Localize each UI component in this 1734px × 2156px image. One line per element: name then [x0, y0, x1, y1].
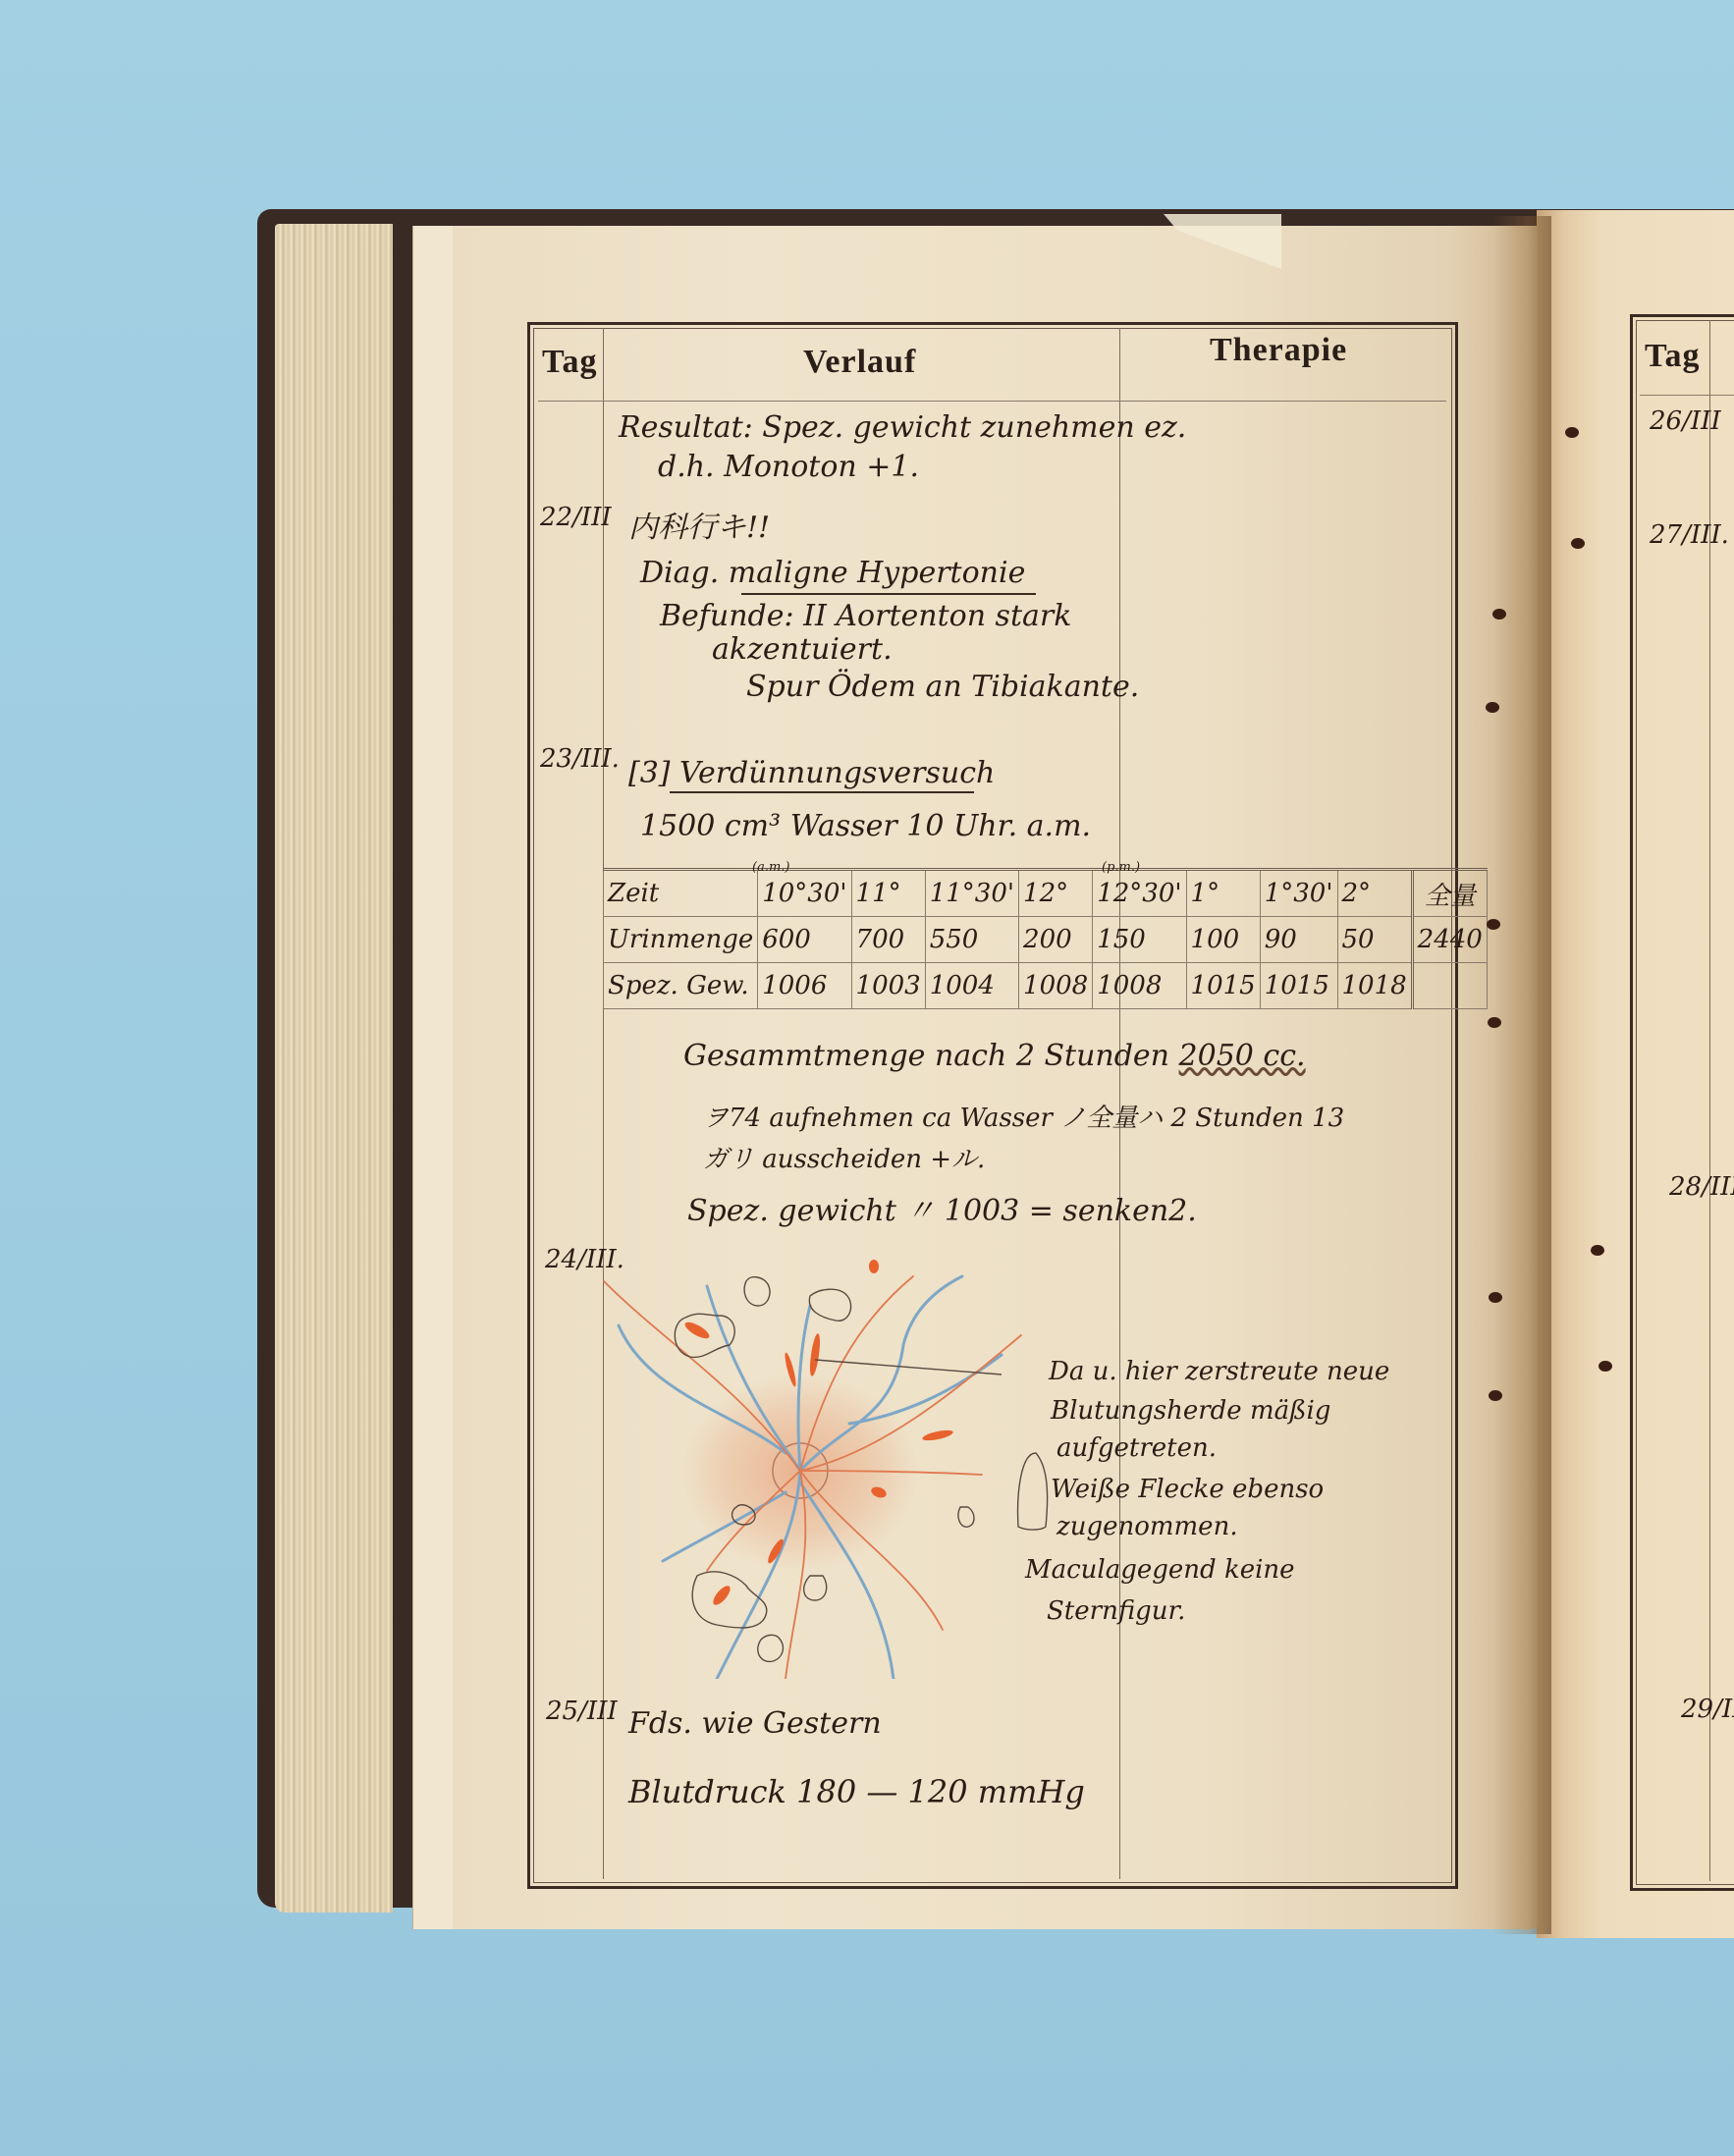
- gravity-cell: 1018: [1337, 963, 1412, 1009]
- punch-hole: [1487, 919, 1500, 930]
- entry-line: Spur Ödem an Tibiakante.: [746, 670, 1139, 704]
- punch-hole: [1591, 1245, 1604, 1256]
- punch-hole: [1599, 1361, 1612, 1372]
- blood-pressure-line: Blutdruck 180 — 120 mmHg: [628, 1773, 1085, 1810]
- am-annotation: (a.m.): [752, 860, 790, 875]
- gravity-cell: 1008: [1093, 963, 1186, 1009]
- column-header-therapie: Therapie: [1210, 332, 1347, 369]
- table-row-time: Zeit 10°30' 11° 11°30' 12° 12°30' 1° 1°3…: [604, 870, 1488, 917]
- pm-annotation: (p.m.): [1102, 860, 1140, 875]
- row-label: Zeit: [604, 870, 758, 917]
- fundus-note: Sternfigur.: [1047, 1596, 1185, 1626]
- note-line: Spez. gewicht 〃 1003 = senken2.: [687, 1186, 1197, 1229]
- row-label: Spez. Gew.: [604, 963, 758, 1009]
- entry-line: Fds. wie Gestern: [628, 1706, 882, 1741]
- gravity-cell: 1015: [1260, 963, 1337, 1009]
- right-entry-date: 28/III: [1669, 1172, 1734, 1202]
- punch-hole: [1489, 1390, 1502, 1401]
- time-cell: 11°30': [925, 870, 1018, 917]
- dilution-test-table: Zeit 10°30' 11° 11°30' 12° 12°30' 1° 1°3…: [603, 868, 1488, 1009]
- entry-line: d.h. Monoton +1.: [658, 450, 919, 484]
- fundus-note: Maculagegend keine: [1025, 1555, 1295, 1585]
- entry-date: 22/III: [540, 503, 612, 532]
- note-line: ヲ74 aufnehmen ca Wasser ノ全量ハ 2 Stunden 1…: [703, 1098, 1344, 1134]
- time-cell: 10°30': [758, 870, 851, 917]
- punch-hole: [1488, 1017, 1501, 1028]
- entry-line: Resultat: Spez. gewicht zunehmen ez.: [619, 410, 1186, 445]
- gutter-shadow: [1492, 216, 1551, 1934]
- gravity-cell: 1003: [851, 963, 925, 1009]
- right-entry-date: 26/III: [1650, 406, 1721, 436]
- punch-hole: [1486, 702, 1499, 713]
- time-cell: 12°: [1019, 870, 1093, 917]
- total-volume-line: Gesammtmenge nach 2 Stunden 2050 cc.: [683, 1039, 1306, 1073]
- entry-line: 内科行キ!!: [628, 503, 770, 546]
- entry-date: 25/III: [546, 1697, 618, 1726]
- right-page-frame: [1630, 314, 1734, 1891]
- punch-hole: [1492, 609, 1506, 620]
- header-row-divider: [538, 401, 1446, 402]
- gravity-cell: 1004: [925, 963, 1018, 1009]
- total-value: 2440: [1412, 917, 1487, 963]
- entry-line: 1500 cm³ Wasser 10 Uhr. a.m.: [640, 809, 1091, 843]
- fundus-note: Weiße Flecke ebenso: [1051, 1475, 1324, 1504]
- entry-date: 23/III.: [540, 744, 620, 774]
- volume-cell: 100: [1186, 917, 1260, 963]
- page-stack-edge: [275, 224, 393, 1913]
- volume-cell: 90: [1260, 917, 1337, 963]
- volume-cell: 550: [925, 917, 1018, 963]
- fundus-note: zugenommen.: [1057, 1512, 1238, 1541]
- test-title-underline: [670, 791, 974, 793]
- fundus-note: Da u. hier zerstreute neue: [1049, 1357, 1389, 1386]
- total-label: 全量: [1412, 870, 1487, 917]
- right-entry-date: 27/III.: [1650, 520, 1729, 550]
- time-cell: 1°: [1186, 870, 1260, 917]
- right-tag-divider: [1709, 320, 1710, 1881]
- punch-hole: [1565, 427, 1579, 438]
- time-cell: 2°: [1337, 870, 1412, 917]
- volume-cell: 700: [851, 917, 925, 963]
- gravity-cell: 1015: [1186, 963, 1260, 1009]
- fundus-note: Blutungsherde mäßig: [1051, 1396, 1330, 1426]
- right-entry-date: 29/III: [1681, 1695, 1734, 1724]
- total-empty: [1412, 963, 1487, 1009]
- total-volume-value: 2050 cc.: [1179, 1039, 1306, 1073]
- test-title: [3] Verdünnungsversuch: [628, 756, 995, 790]
- volume-cell: 600: [758, 917, 851, 963]
- note-line: ガリ ausscheiden +ル.: [703, 1139, 985, 1175]
- volume-cell: 200: [1019, 917, 1093, 963]
- entry-line: akzentuiert.: [712, 632, 893, 667]
- diagnosis-line: Diag. maligne Hypertonie: [640, 556, 1025, 590]
- entry-line: Befunde: II Aortenton stark: [660, 599, 1071, 633]
- volume-cell: 50: [1337, 917, 1412, 963]
- time-cell: 1°30': [1260, 870, 1337, 917]
- punch-hole: [1489, 1292, 1502, 1303]
- column-header-verlauf: Verlauf: [803, 344, 916, 381]
- table-row-spez-gew: Spez. Gew. 1006 1003 1004 1008 1008 1015…: [604, 963, 1488, 1009]
- time-cell: 12°30': [1093, 870, 1186, 917]
- fundus-note: aufgetreten.: [1057, 1433, 1217, 1463]
- diagnosis-underline: [741, 593, 1036, 595]
- right-header-divider: [1640, 395, 1734, 396]
- time-cell: 11°: [851, 870, 925, 917]
- volume-cell: 150: [1093, 917, 1186, 963]
- column-header-tag: Tag: [542, 344, 598, 381]
- row-label: Urinmenge: [604, 917, 758, 963]
- punch-hole: [1571, 538, 1585, 549]
- table-row-urinmenge: Urinmenge 600 700 550 200 150 100 90 50 …: [604, 917, 1488, 963]
- gravity-cell: 1008: [1019, 963, 1093, 1009]
- gravity-cell: 1006: [758, 963, 851, 1009]
- fundus-drawing-icon: [589, 1227, 1051, 1679]
- right-column-header-tag: Tag: [1645, 338, 1701, 375]
- page-edge: [412, 226, 453, 1929]
